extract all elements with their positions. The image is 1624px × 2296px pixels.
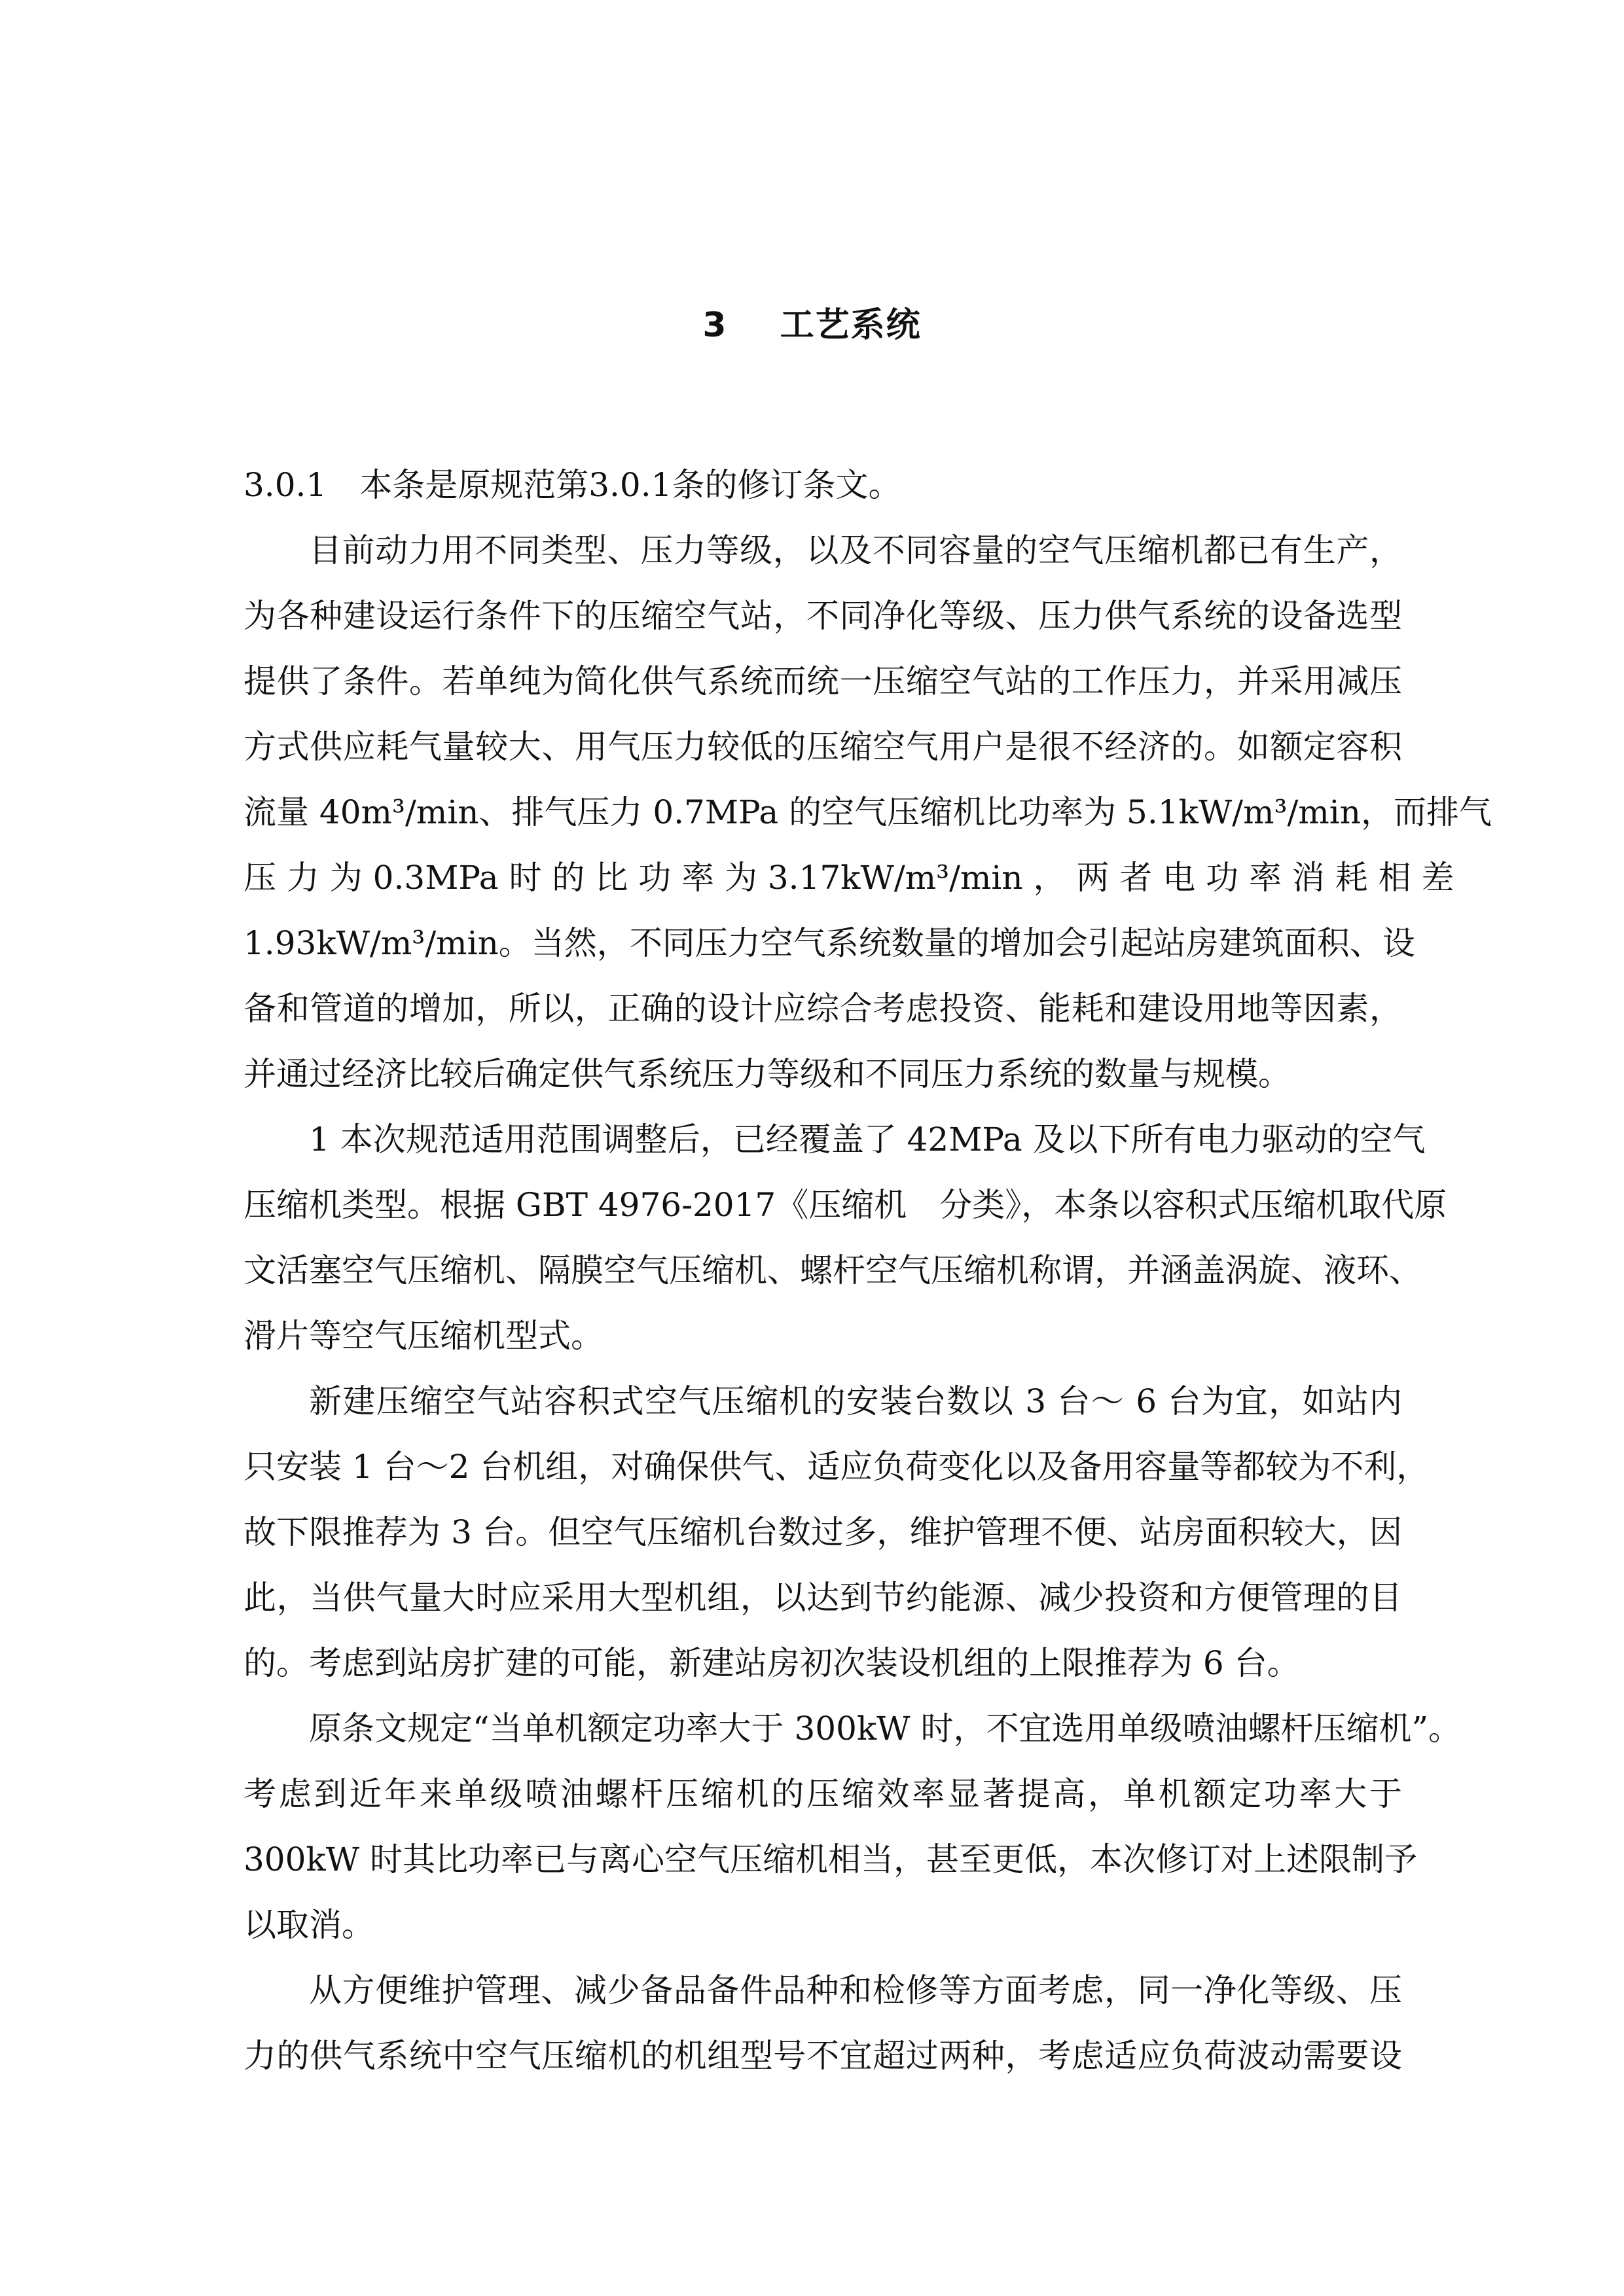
- chapter-heading: 3工艺系统: [0, 302, 1624, 348]
- paragraph-line: 从方便维护管理、减少备品备件品种和检修等方面考虑，同一净化等级、压: [309, 1967, 1402, 2013]
- document-page: 3工艺系统 3.0.1 本条是原规范第3.0.1条的修订条文。 目前动力用不同类…: [0, 0, 1624, 2296]
- paragraph-line: 的。考虑到站房扩建的可能，新建站房初次装设机组的上限推荐为 6 台。: [244, 1640, 1402, 1686]
- paragraph-line: 压 力 为 0.3MPa 时 的 比 功 率 为 3.17kW/m³/min ，…: [244, 855, 1402, 901]
- paragraph-line: 以取消。: [244, 1902, 1402, 1948]
- paragraph-line: 压缩机类型。根据 GBT 4976-2017《压缩机 分类》，本条以容积式压缩机…: [244, 1182, 1402, 1228]
- paragraph-line: 1 本次规范适用范围调整后，已经覆盖了 42MPa 及以下所有电力驱动的空气: [309, 1117, 1402, 1162]
- paragraph-line: 此，当供气量大时应采用大型机组，以达到节约能源、减少投资和方便管理的目: [244, 1575, 1402, 1621]
- paragraph-line: 为各种建设运行条件下的压缩空气站，不同净化等级、压力供气系统的设备选型: [244, 593, 1402, 639]
- paragraph-line: 目前动力用不同类型、压力等级，以及不同容量的空气压缩机都已有生产，: [309, 528, 1402, 573]
- paragraph-line: 1.93kW/m³/min。当然，不同压力空气系统数量的增加会引起站房建筑面积、…: [244, 920, 1402, 966]
- paragraph-line: 只安装 1 台～2 台机组，对确保供气、适应负荷变化以及备用容量等都较为不利，: [244, 1444, 1402, 1490]
- paragraph-line: 故下限推荐为 3 台。但空气压缩机台数过多，维护管理不便、站房面积较大，因: [244, 1509, 1402, 1555]
- chapter-title: 工艺系统: [780, 306, 922, 345]
- paragraph-line: 考虑到近年来单级喷油螺杆压缩机的压缩效率显著提高，单机额定功率大于: [244, 1771, 1402, 1817]
- paragraph-line: 提供了条件。若单纯为简化供气系统而统一压缩空气站的工作压力，并采用减压: [244, 658, 1402, 704]
- paragraph-line: 新建压缩空气站容积式空气压缩机的安装台数以 3 台～ 6 台为宜，如站内: [309, 1378, 1402, 1424]
- paragraph-line: 力的供气系统中空气压缩机的机组型号不宜超过两种，考虑适应负荷波动需要设: [244, 2033, 1402, 2079]
- paragraph-line: 原条文规定“当单机额定功率大于 300kW 时，不宜选用单级喷油螺杆压缩机”。: [309, 1706, 1402, 1751]
- paragraph-line: 滑片等空气压缩机型式。: [244, 1313, 1402, 1359]
- clause-heading-line: 3.0.1 本条是原规范第3.0.1条的修订条文。: [244, 462, 1402, 508]
- chapter-number: 3: [702, 306, 727, 345]
- paragraph-line: 并通过经济比较后确定供气系统压力等级和不同压力系统的数量与规模。: [244, 1051, 1402, 1097]
- paragraph-line: 流量 40m³/min、排气压力 0.7MPa 的空气压缩机比功率为 5.1kW…: [244, 789, 1402, 835]
- paragraph-line: 备和管道的增加，所以，正确的设计应综合考虑投资、能耗和建设用地等因素，: [244, 986, 1402, 1031]
- paragraph-line: 300kW 时其比功率已与离心空气压缩机相当，甚至更低，本次修订对上述限制予: [244, 1837, 1402, 1882]
- paragraph-line: 文活塞空气压缩机、隔膜空气压缩机、螺杆空气压缩机称谓，并涵盖涡旋、液环、: [244, 1247, 1402, 1293]
- paragraph-line: 方式供应耗气量较大、用气压力较低的压缩空气用户是很不经济的。如额定容积: [244, 724, 1402, 770]
